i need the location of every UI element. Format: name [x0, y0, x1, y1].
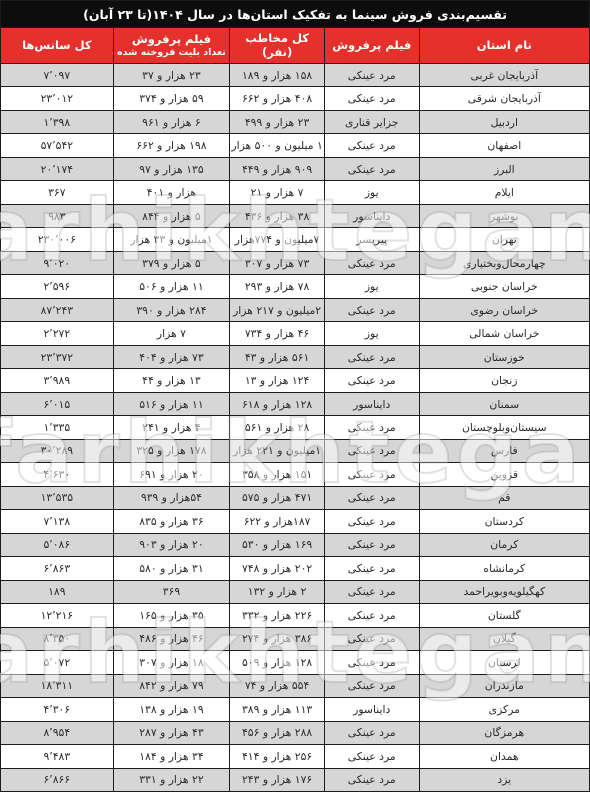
- cell-province: اصفهان: [420, 134, 589, 156]
- cell-audience: ۱۷۶ هزار و ۲۴۳: [230, 769, 325, 791]
- cell-tickets: ۱۹۸ هزار و ۶۶۲: [114, 134, 231, 156]
- cell-audience: ۱۲۸ هزار و ۵۰۹: [230, 651, 325, 673]
- cell-sessions: ۲۳۰٬۰۰۶: [1, 228, 114, 250]
- cell-film: مرد عینکی: [325, 369, 420, 391]
- cell-audience: ۷ هزار و ۲۱: [230, 181, 325, 203]
- cell-tickets: ۲۰ هزار و ۹۰۳: [114, 534, 231, 556]
- cell-sessions: ۵٬۰۷۲: [1, 651, 114, 673]
- cell-film: یوز: [325, 181, 420, 203]
- cell-film: دایناسور: [325, 393, 420, 415]
- cell-audience: ۱۶۹ هزار و ۵۳۰: [230, 534, 325, 556]
- column-header-total-sessions-label: کل سانس‌ها: [22, 39, 91, 53]
- table-row: کهگیلویه‌وبویراحمدمرد عینکی۲ هزار و ۱۳۲۳…: [1, 580, 589, 603]
- cell-audience: ۲۲۶ هزار و ۳۳۲: [230, 604, 325, 626]
- cell-tickets: ۳۱ هزار و ۵۸۰: [114, 557, 231, 579]
- cell-film: دایناسور: [325, 205, 420, 227]
- cell-film: مرد عینکی: [325, 252, 420, 274]
- column-header-total-audience: کل مخاطب (نفر): [230, 28, 325, 63]
- cell-audience: ۴۶ هزار و ۷۳۴: [230, 322, 325, 344]
- cell-sessions: ۳٬۹۸۹: [1, 369, 114, 391]
- cell-film: مرد عینکی: [325, 722, 420, 744]
- table-row: تهرانپیرپسر۷میلیون و ۷۷۴هزار۱میلیون و ۳۳…: [1, 227, 589, 250]
- column-header-total-audience-label: کل مخاطب (نفر): [230, 32, 324, 60]
- cell-tickets: ۷ هزار: [114, 322, 231, 344]
- cell-tickets: ۲۲ هزار و ۳۳۱: [114, 769, 231, 791]
- cell-audience: ۷میلیون و ۷۷۴هزار: [230, 228, 325, 250]
- table-row: اصفهانمرد عینکی۱ میلیون و ۵۰۰ هزار۱۹۸ هز…: [1, 133, 589, 156]
- cell-province: خوزستان: [420, 346, 589, 368]
- cell-province: لرستان: [420, 651, 589, 673]
- cell-audience: ۳۸ هزار و ۴۳۶: [230, 205, 325, 227]
- table-row: خراسان رضویمرد عینکی۲میلیون و ۲۱۷ هزار۲۸…: [1, 298, 589, 321]
- cell-film: مرد عینکی: [325, 487, 420, 509]
- cell-audience: ۱۵۱ هزار و ۳۵۸: [230, 463, 325, 485]
- table-row: فارسمرد عینکی۱میلیون و ۲۲۱ هزار۱۷۸ هزار …: [1, 439, 589, 462]
- table-row: یزدمرد عینکی۱۷۶ هزار و ۲۴۳۲۲ هزار و ۳۳۱۶…: [1, 768, 589, 791]
- cell-sessions: ۳۶۷: [1, 181, 114, 203]
- cell-sessions: ۸٬۹۵۴: [1, 722, 114, 744]
- cell-film: مرد عینکی: [325, 87, 420, 109]
- cell-audience: ۱۲۴ هزار و ۱۳: [230, 369, 325, 391]
- cell-sessions: ۲۳٬۳۷۲: [1, 346, 114, 368]
- cell-film: مرد عینکی: [325, 628, 420, 650]
- column-header-top-film-tickets-line2: تعداد بلیت فروخته شده: [117, 47, 226, 58]
- cell-province: مازندران: [420, 675, 589, 697]
- cell-tickets: ۶ هزار و ۹۶۱: [114, 111, 231, 133]
- cell-audience: ۲۳ هزار و ۴۹۹: [230, 111, 325, 133]
- cell-film: مرد عینکی: [325, 440, 420, 462]
- cell-audience: ۱میلیون و ۲۲۱ هزار: [230, 440, 325, 462]
- cell-province: گیلان: [420, 628, 589, 650]
- cell-tickets: ۵۴هزار و ۹۳۹: [114, 487, 231, 509]
- table-row: بوشهردایناسور۳۸ هزار و ۴۳۶۵ هزار و ۸۴۴۹۸…: [1, 204, 589, 227]
- cell-sessions: ۳۰٬۲۸۹: [1, 440, 114, 462]
- cell-tickets: ۲۳ هزار و ۳۷: [114, 64, 231, 86]
- cell-film: مرد عینکی: [325, 158, 420, 180]
- column-header-top-film-tickets-line1: فیلم پرفروش: [132, 33, 211, 47]
- cell-tickets: ۲۰ هزار و ۶۹۱: [114, 463, 231, 485]
- cell-film: مرد عینکی: [325, 557, 420, 579]
- cell-film: مرد عینکی: [325, 581, 420, 603]
- cell-province: آذربایجان غربی: [420, 64, 589, 86]
- cell-province: آذربایجان شرقی: [420, 87, 589, 109]
- cell-sessions: ۹۸۳: [1, 205, 114, 227]
- table-row: اردبیلجزایر قناری۲۳ هزار و ۴۹۹۶ هزار و ۹…: [1, 110, 589, 133]
- cell-audience: ۲۸۸ هزار و ۴۵۶: [230, 722, 325, 744]
- cell-tickets: ۱میلیون و ۳۳ هزار: [114, 228, 231, 250]
- cell-sessions: ۸٬۳۵۰: [1, 628, 114, 650]
- table-row: قممرد عینکی۴۷۱ هزار و ۵۷۵۵۴هزار و ۹۳۹۱۳٬…: [1, 486, 589, 509]
- table-row: قزوینمرد عینکی۱۵۱ هزار و ۳۵۸۲۰ هزار و ۶۹…: [1, 462, 589, 485]
- cell-province: بوشهر: [420, 205, 589, 227]
- cell-tickets: ۴۶ هزار و ۴۸۶: [114, 628, 231, 650]
- cell-tickets: ۵ هزار و ۸۴۴: [114, 205, 231, 227]
- cell-province: چهارمحال‌وبختیاری: [420, 252, 589, 274]
- cell-province: ایلام: [420, 181, 589, 203]
- cell-province: اردبیل: [420, 111, 589, 133]
- table-row: آذربایجان شرقیمرد عینکی۴۰۸ هزار و ۶۶۲۵۹ …: [1, 86, 589, 109]
- cell-audience: ۱۵۸ هزار و ۱۸۹: [230, 64, 325, 86]
- table-row: خراسان شمالییوز۴۶ هزار و ۷۳۴۷ هزار۲٬۲۷۲: [1, 321, 589, 344]
- cell-film: مرد عینکی: [325, 745, 420, 767]
- table-row: ایلامیوز۷ هزار و ۲۱هزار و ۴۰۱۳۶۷: [1, 180, 589, 203]
- cell-film: مرد عینکی: [325, 416, 420, 438]
- cell-tickets: ۱۳ هزار و ۴۴: [114, 369, 231, 391]
- cell-film: یوز: [325, 322, 420, 344]
- table-row: آذربایجان غربیمرد عینکی۱۵۸ هزار و ۱۸۹۲۳ …: [1, 63, 589, 86]
- cell-tickets: ۳۵ هزار و ۱۶۵: [114, 604, 231, 626]
- cell-province: خراسان جنوبی: [420, 275, 589, 297]
- table-row: خراسان جنوبییوز۷۸ هزار و ۲۹۳۱۱ هزار و ۵۰…: [1, 274, 589, 297]
- page-title: تقسیم‌بندی فروش سینما به تفکیک استان‌ها …: [1, 1, 589, 27]
- table-row: کرمانمرد عینکی۱۶۹ هزار و ۵۳۰۲۰ هزار و ۹۰…: [1, 533, 589, 556]
- table-row: سیستان‌وبلوچستانمرد عینکی۲۸ هزار و ۵۶۱۴ …: [1, 415, 589, 438]
- table-body: farhikhtegan farhikhtegan farhikhtegan آ…: [1, 63, 589, 791]
- cell-tickets: ۱۱ هزار و ۵۱۶: [114, 393, 231, 415]
- cell-film: مرد عینکی: [325, 534, 420, 556]
- table-row: مازندرانمرد عینکی۵۵۴ هزار و ۷۴۷۹ هزار و …: [1, 674, 589, 697]
- cell-sessions: ۶٬۸۶۳: [1, 557, 114, 579]
- column-header-total-sessions: کل سانس‌ها: [1, 28, 114, 63]
- cell-sessions: ۱۸٬۳۱۱: [1, 675, 114, 697]
- cell-film: مرد عینکی: [325, 64, 420, 86]
- cell-province: کهگیلویه‌وبویراحمد: [420, 581, 589, 603]
- cell-sessions: ۱۲٬۲۱۶: [1, 604, 114, 626]
- cell-sessions: ۲٬۵۹۶: [1, 275, 114, 297]
- cell-province: کرمان: [420, 534, 589, 556]
- cell-film: جزایر قناری: [325, 111, 420, 133]
- cell-tickets: ۷۳ هزار و ۴۰۴: [114, 346, 231, 368]
- cell-province: قزوین: [420, 463, 589, 485]
- cell-sessions: ۶٬۸۶۶: [1, 769, 114, 791]
- cell-province: قم: [420, 487, 589, 509]
- cell-audience: ۳۸۶ هزار و ۲۷۴: [230, 628, 325, 650]
- cell-film: یوز: [325, 275, 420, 297]
- cell-film: پیرپسر: [325, 228, 420, 250]
- cell-audience: ۷۸ هزار و ۲۹۳: [230, 275, 325, 297]
- cell-film: مرد عینکی: [325, 299, 420, 321]
- cell-sessions: ۱٬۳۳۵: [1, 416, 114, 438]
- cell-sessions: ۲۰٬۱۷۴: [1, 158, 114, 180]
- cell-tickets: ۱۷۸ هزار و ۳۲۵: [114, 440, 231, 462]
- cell-tickets: ۱۹ هزار و ۱۳۸: [114, 698, 231, 720]
- cell-province: فارس: [420, 440, 589, 462]
- cell-film: مرد عینکی: [325, 134, 420, 156]
- cell-province: همدان: [420, 745, 589, 767]
- table-header-row: نام استان فیلم پرفروش کل مخاطب (نفر) فیل…: [1, 27, 589, 63]
- cell-audience: ۱۸۷هزار و ۶۲۲: [230, 510, 325, 532]
- table-row: هرمزگانمرد عینکی۲۸۸ هزار و ۴۵۶۴۳ هزار و …: [1, 721, 589, 744]
- cell-audience: ۴۷۱ هزار و ۵۷۵: [230, 487, 325, 509]
- cell-sessions: ۲٬۲۷۲: [1, 322, 114, 344]
- cell-tickets: ۷۹ هزار و ۸۴۲: [114, 675, 231, 697]
- cell-audience: ۵۵۴ هزار و ۷۴: [230, 675, 325, 697]
- cell-province: مرکزی: [420, 698, 589, 720]
- cell-sessions: ۱٬۳۹۸: [1, 111, 114, 133]
- cell-province: تهران: [420, 228, 589, 250]
- cell-province: زنجان: [420, 369, 589, 391]
- cell-sessions: ۵٬۰۸۶: [1, 534, 114, 556]
- cell-audience: ۴۰۸ هزار و ۶۶۲: [230, 87, 325, 109]
- table-row: چهارمحال‌وبختیاریمرد عینکی۷۳ هزار و ۳۰۷۵…: [1, 251, 589, 274]
- cell-sessions: ۵۷٬۵۴۲: [1, 134, 114, 156]
- cell-audience: ۱۱۳ هزار و ۳۸۹: [230, 698, 325, 720]
- cell-tickets: ۳۶ هزار و ۸۳۵: [114, 510, 231, 532]
- cell-tickets: ۳۴ هزار و ۱۸۴: [114, 745, 231, 767]
- cell-audience: ۹۰۹ هزار و ۴۴۹: [230, 158, 325, 180]
- cell-film: مرد عینکی: [325, 346, 420, 368]
- cell-tickets: ۴۳ هزار و ۲۸۷: [114, 722, 231, 744]
- cell-audience: ۲۰۲ هزار و ۷۴۸: [230, 557, 325, 579]
- column-header-province-label: نام استان: [477, 39, 532, 53]
- cell-sessions: ۴٬۶۳۰: [1, 463, 114, 485]
- cell-tickets: ۲۸۴ هزار و ۳۹۰: [114, 299, 231, 321]
- cell-audience: ۲۵۶ هزار و ۴۱۴: [230, 745, 325, 767]
- cell-audience: ۵۶۱ هزار و ۴۳: [230, 346, 325, 368]
- cell-province: خراسان رضوی: [420, 299, 589, 321]
- column-header-top-film-tickets: فیلم پرفروش تعداد بلیت فروخته شده: [114, 28, 231, 63]
- column-header-top-film-label: فیلم پرفروش: [332, 39, 411, 53]
- table-row: کرمانشاهمرد عینکی۲۰۲ هزار و ۷۴۸۳۱ هزار و…: [1, 556, 589, 579]
- table-row: کردستانمرد عینکی۱۸۷هزار و ۶۲۲۳۶ هزار و ۸…: [1, 509, 589, 532]
- cell-tickets: ۳۶۹: [114, 581, 231, 603]
- cell-province: سیستان‌وبلوچستان: [420, 416, 589, 438]
- cell-sessions: ۹٬۰۲۰: [1, 252, 114, 274]
- cell-sessions: ۱۸۹: [1, 581, 114, 603]
- cinema-sales-table-page: { "colors": { "title_bg": "#0d0d0d", "he…: [0, 0, 590, 800]
- cell-sessions: ۸۷٬۲۴۳: [1, 299, 114, 321]
- cell-tickets: ۱۳۵ هزار و ۹۷: [114, 158, 231, 180]
- cell-audience: ۲ هزار و ۱۳۲: [230, 581, 325, 603]
- cell-province: البرز: [420, 158, 589, 180]
- cell-film: مرد عینکی: [325, 510, 420, 532]
- cell-tickets: ۱۸ هزار و ۳۰۷: [114, 651, 231, 673]
- table-row: گلستانمرد عینکی۲۲۶ هزار و ۳۳۲۳۵ هزار و ۱…: [1, 603, 589, 626]
- cell-sessions: ۲۳٬۰۱۲: [1, 87, 114, 109]
- cell-film: مرد عینکی: [325, 463, 420, 485]
- cell-audience: ۱ میلیون و ۵۰۰ هزار: [230, 134, 325, 156]
- cell-province: هرمزگان: [420, 722, 589, 744]
- cell-tickets: هزار و ۴۰۱: [114, 181, 231, 203]
- cell-province: یزد: [420, 769, 589, 791]
- provinces-sales-table: تقسیم‌بندی فروش سینما به تفکیک استان‌ها …: [0, 0, 590, 792]
- table-row: مرکزیدایناسور۱۱۳ هزار و ۳۸۹۱۹ هزار و ۱۳۸…: [1, 697, 589, 720]
- table-row: سمناندایناسور۱۲۸ هزار و ۶۱۸۱۱ هزار و ۵۱۶…: [1, 392, 589, 415]
- table-row: زنجانمرد عینکی۱۲۴ هزار و ۱۳۱۳ هزار و ۴۴۳…: [1, 368, 589, 391]
- column-header-top-film: فیلم پرفروش: [325, 28, 420, 63]
- cell-audience: ۲میلیون و ۲۱۷ هزار: [230, 299, 325, 321]
- cell-sessions: ۷٬۱۳۸: [1, 510, 114, 532]
- table-row: همدانمرد عینکی۲۵۶ هزار و ۴۱۴۳۴ هزار و ۱۸…: [1, 744, 589, 767]
- table-row: گیلانمرد عینکی۳۸۶ هزار و ۲۷۴۴۶ هزار و ۴۸…: [1, 627, 589, 650]
- cell-province: کرمانشاه: [420, 557, 589, 579]
- table-row: خوزستانمرد عینکی۵۶۱ هزار و ۴۳۷۳ هزار و ۴…: [1, 345, 589, 368]
- cell-province: گلستان: [420, 604, 589, 626]
- cell-province: کردستان: [420, 510, 589, 532]
- cell-audience: ۷۳ هزار و ۳۰۷: [230, 252, 325, 274]
- cell-film: مرد عینکی: [325, 651, 420, 673]
- cell-sessions: ۷٬۰۹۷: [1, 64, 114, 86]
- cell-sessions: ۴٬۳۰۶: [1, 698, 114, 720]
- cell-tickets: ۱۱ هزار و ۵۰۶: [114, 275, 231, 297]
- cell-tickets: ۵ هزار و ۳۷۹: [114, 252, 231, 274]
- cell-film: دایناسور: [325, 698, 420, 720]
- cell-film: مرد عینکی: [325, 604, 420, 626]
- table-row: لرستانمرد عینکی۱۲۸ هزار و ۵۰۹۱۸ هزار و ۳…: [1, 650, 589, 673]
- cell-sessions: ۹٬۴۸۳: [1, 745, 114, 767]
- cell-tickets: ۴ هزار و ۲۴۱: [114, 416, 231, 438]
- column-header-province: نام استان: [420, 28, 589, 63]
- cell-province: خراسان شمالی: [420, 322, 589, 344]
- table-row: البرزمرد عینکی۹۰۹ هزار و ۴۴۹۱۳۵ هزار و ۹…: [1, 157, 589, 180]
- cell-film: مرد عینکی: [325, 769, 420, 791]
- cell-film: مرد عینکی: [325, 675, 420, 697]
- cell-audience: ۲۸ هزار و ۵۶۱: [230, 416, 325, 438]
- cell-tickets: ۵۹ هزار و ۳۷۴: [114, 87, 231, 109]
- cell-sessions: ۱۳٬۵۳۵: [1, 487, 114, 509]
- cell-province: سمنان: [420, 393, 589, 415]
- cell-audience: ۱۲۸ هزار و ۶۱۸: [230, 393, 325, 415]
- cell-sessions: ۶٬۰۱۵: [1, 393, 114, 415]
